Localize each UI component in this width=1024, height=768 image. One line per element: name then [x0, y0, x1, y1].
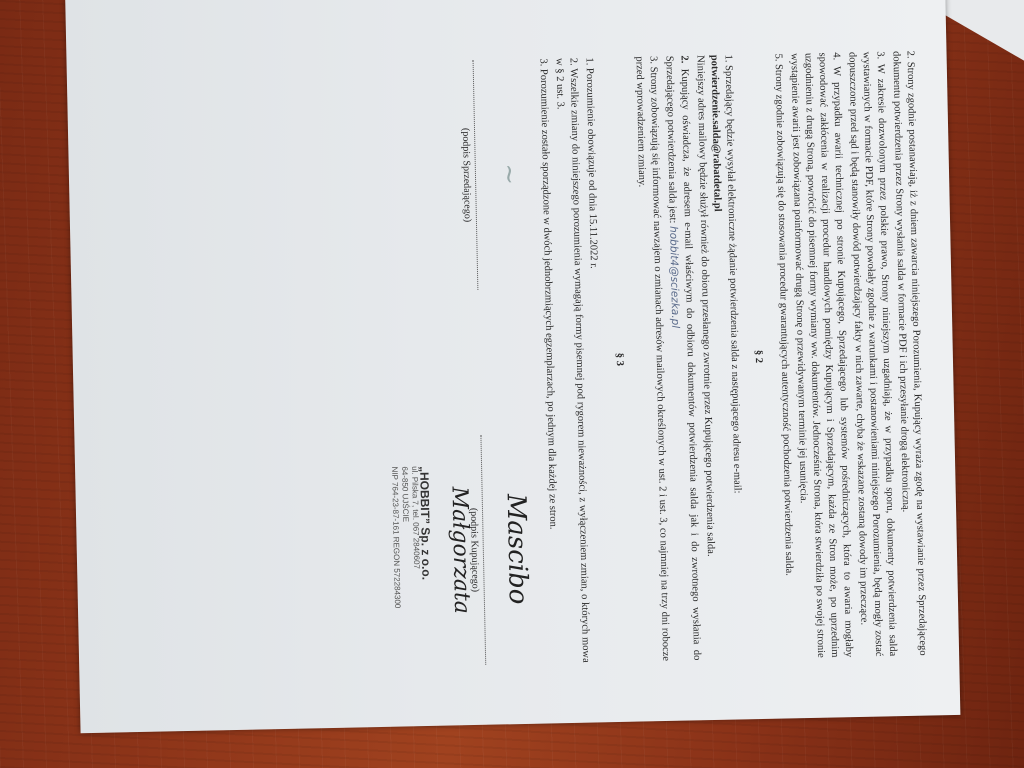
item-number: 1.	[723, 54, 734, 62]
buyer-signature-block: Mascibo (podpis Kupującego) Małgorzata „…	[388, 434, 526, 667]
buyer-email-handwritten: hobbit4@sciezka.pl	[667, 226, 681, 328]
item-text: W przypadku awarii technicznej po stroni…	[789, 52, 855, 657]
document-sheet: 2. Strony zgodnie postanawiają, iż z dni…	[65, 0, 960, 733]
seller-email: potwierdzenie.salda@rabatdetal.pl	[709, 55, 723, 212]
seller-signature-block: ~ (podpis Sprzedającego)	[381, 59, 519, 292]
item-number: 3.	[874, 51, 885, 59]
section-3-list: 1. Porozumienie obowiązuje od dnia 15.11…	[536, 57, 609, 663]
section-2-list: 1. Sprzedający będzie wysyłał elektronic…	[632, 54, 748, 661]
item-number: 2.	[679, 55, 690, 63]
seller-signature-scrawl: ~	[474, 59, 519, 290]
intro-list: 2. Strony zgodnie postanawiają, iż z dni…	[771, 51, 930, 659]
section-2-heading: § 2	[745, 54, 772, 659]
item-text: Porozumienie obowiązuje od dnia 15.11.20…	[584, 68, 599, 269]
item-number: 2.	[568, 58, 579, 66]
item-number: 3.	[538, 58, 549, 66]
item-number: 1.	[584, 57, 595, 65]
item-text: Sprzedający będzie wysyłał elektroniczne…	[723, 65, 743, 494]
item-number: 4.	[830, 52, 841, 60]
section-3-heading: § 3	[606, 57, 633, 662]
buyer-signature-scrawl: Mascibo	[481, 434, 526, 665]
item-number: 2.	[904, 51, 915, 59]
buyer-handwritten-name: Małgorzata	[434, 435, 469, 666]
item-number: 5.	[773, 53, 784, 61]
company-stamp: „HOBBIT” Sp. z o.o. ul. Pilska 7, tel. 0…	[388, 436, 433, 667]
signature-row: ~ (podpis Sprzedającego) Mascibo (podpis…	[381, 59, 527, 667]
intro-item: 4. W przypadku awarii technicznej po str…	[787, 52, 856, 658]
item-number: 3.	[648, 56, 659, 64]
